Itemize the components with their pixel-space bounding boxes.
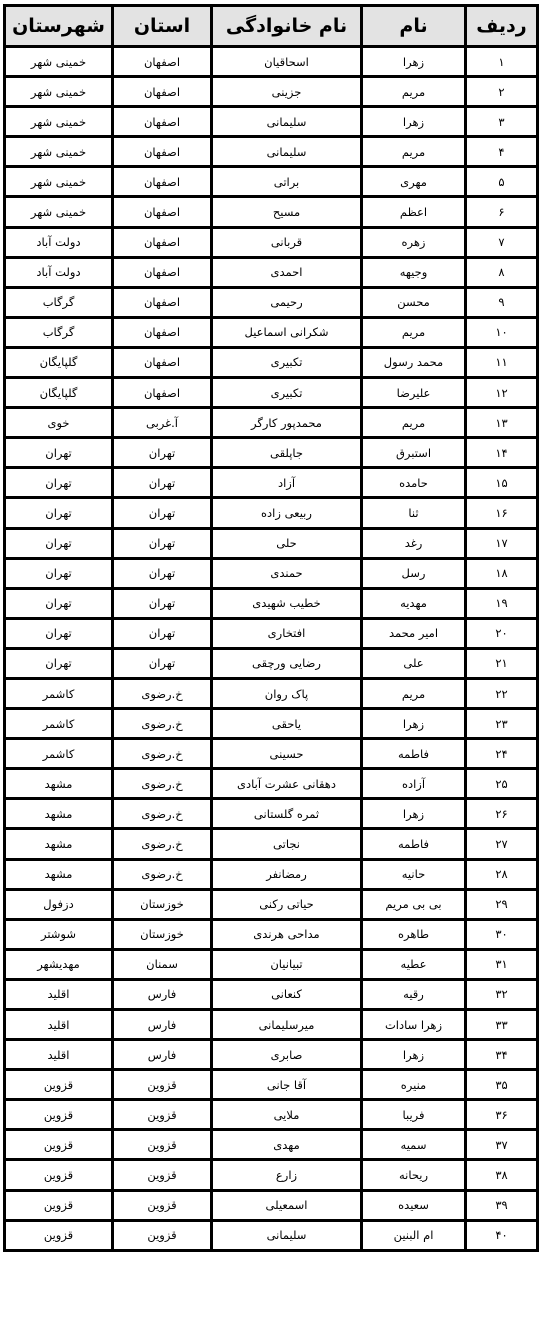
cell-province: تهران xyxy=(113,438,212,468)
cell-first-name: علی xyxy=(362,648,466,678)
table-row: ۸وجیههاحمدیاصفهاندولت آباد xyxy=(5,257,538,287)
cell-first-name: حانیه xyxy=(362,859,466,889)
cell-first-name: امیر محمد xyxy=(362,618,466,648)
table-row: ۲۲مریمپاک روانخ.رضویکاشمر xyxy=(5,678,538,708)
cell-first-name: فریبا xyxy=(362,1100,466,1130)
cell-last-name: حسینی xyxy=(212,739,362,769)
cell-index: ۱ xyxy=(466,47,538,77)
table-row: ۱۰مریمشکرانی اسماعیلاصفهانگرگاب xyxy=(5,317,538,347)
cell-province: خوزستان xyxy=(113,919,212,949)
cell-city: تهران xyxy=(5,438,113,468)
cell-index: ۴ xyxy=(466,137,538,167)
table-row: ۳۸ریحانهزارعقزوینقزوین xyxy=(5,1160,538,1190)
table-row: ۷زهرهقربانیاصفهاندولت آباد xyxy=(5,227,538,257)
cell-index: ۵ xyxy=(466,167,538,197)
cell-city: مهدیشهر xyxy=(5,949,113,979)
cell-index: ۱۵ xyxy=(466,468,538,498)
cell-last-name: محمدپور کارگر xyxy=(212,408,362,438)
cell-index: ۳۴ xyxy=(466,1040,538,1070)
cell-first-name: اعظم xyxy=(362,197,466,227)
cell-last-name: اسحاقیان xyxy=(212,47,362,77)
cell-first-name: زهرا xyxy=(362,47,466,77)
cell-index: ۲۲ xyxy=(466,678,538,708)
cell-last-name: ملایی xyxy=(212,1100,362,1130)
cell-index: ۱۶ xyxy=(466,498,538,528)
table-row: ۳۹سعیدهاسمعیلیقزوینقزوین xyxy=(5,1190,538,1220)
cell-city: خوی xyxy=(5,408,113,438)
cell-province: اصفهان xyxy=(113,167,212,197)
table-row: ۳۲رقیهکنعانیفارساقلید xyxy=(5,979,538,1009)
cell-province: سمنان xyxy=(113,949,212,979)
cell-last-name: سلیمانی xyxy=(212,137,362,167)
cell-province: اصفهان xyxy=(113,378,212,408)
cell-last-name: صابری xyxy=(212,1040,362,1070)
cell-city: مشهد xyxy=(5,799,113,829)
cell-last-name: جاپلقی xyxy=(212,438,362,468)
cell-province: تهران xyxy=(113,468,212,498)
header-first-name: نام xyxy=(362,6,466,47)
table-row: ۳زهراسلیمانیاصفهانخمینی شهر xyxy=(5,107,538,137)
cell-province: قزوین xyxy=(113,1160,212,1190)
cell-index: ۳۱ xyxy=(466,949,538,979)
cell-last-name: آقا جانی xyxy=(212,1070,362,1100)
cell-first-name: رقیه xyxy=(362,979,466,1009)
cell-city: خمینی شهر xyxy=(5,167,113,197)
table-row: ۲۱علیرضایی ورچقیتهرانتهران xyxy=(5,648,538,678)
cell-index: ۱۹ xyxy=(466,588,538,618)
cell-last-name: آزاد xyxy=(212,468,362,498)
cell-first-name: آزاده xyxy=(362,769,466,799)
cell-index: ۲ xyxy=(466,77,538,107)
cell-province: تهران xyxy=(113,618,212,648)
cell-first-name: محسن xyxy=(362,287,466,317)
cell-last-name: میرسلیمانی xyxy=(212,1010,362,1040)
table-row: ۳۳زهرا ساداتمیرسلیمانیفارساقلید xyxy=(5,1010,538,1040)
table-row: ۳۶فریباملاییقزوینقزوین xyxy=(5,1100,538,1130)
cell-city: قزوین xyxy=(5,1100,113,1130)
cell-first-name: وجیهه xyxy=(362,257,466,287)
table-row: ۱زهرااسحاقیاناصفهانخمینی شهر xyxy=(5,47,538,77)
cell-city: گلپایگان xyxy=(5,347,113,377)
cell-province: تهران xyxy=(113,648,212,678)
table-row: ۵مهریبراتیاصفهانخمینی شهر xyxy=(5,167,538,197)
cell-last-name: تبیانیان xyxy=(212,949,362,979)
cell-last-name: تکبیری xyxy=(212,378,362,408)
cell-last-name: تکبیری xyxy=(212,347,362,377)
cell-index: ۹ xyxy=(466,287,538,317)
cell-index: ۶ xyxy=(466,197,538,227)
cell-first-name: سمیه xyxy=(362,1130,466,1160)
cell-province: اصفهان xyxy=(113,347,212,377)
table-row: ۱۹مهدیهخطیب شهیدیتهرانتهران xyxy=(5,588,538,618)
cell-index: ۱۴ xyxy=(466,438,538,468)
cell-index: ۱۲ xyxy=(466,378,538,408)
cell-last-name: رحیمی xyxy=(212,287,362,317)
cell-province: فارس xyxy=(113,1010,212,1040)
cell-index: ۳ xyxy=(466,107,538,137)
cell-first-name: زهرا سادات xyxy=(362,1010,466,1040)
cell-city: قزوین xyxy=(5,1070,113,1100)
cell-index: ۲۴ xyxy=(466,739,538,769)
cell-province: خ.رضوی xyxy=(113,769,212,799)
cell-index: ۲۸ xyxy=(466,859,538,889)
cell-last-name: خطیب شهیدی xyxy=(212,588,362,618)
cell-first-name: مریم xyxy=(362,678,466,708)
cell-province: اصفهان xyxy=(113,317,212,347)
cell-first-name: زهرا xyxy=(362,1040,466,1070)
cell-index: ۲۱ xyxy=(466,648,538,678)
cell-city: کاشمر xyxy=(5,709,113,739)
cell-last-name: رمضانفر xyxy=(212,859,362,889)
cell-city: شوشتر xyxy=(5,919,113,949)
cell-city: دولت آباد xyxy=(5,257,113,287)
cell-province: خ.رضوی xyxy=(113,678,212,708)
header-last-name: نام خانوادگی xyxy=(212,6,362,47)
cell-city: اقلید xyxy=(5,979,113,1009)
table-row: ۱۴استبرقجاپلقیتهرانتهران xyxy=(5,438,538,468)
cell-index: ۳۶ xyxy=(466,1100,538,1130)
cell-province: خ.رضوی xyxy=(113,739,212,769)
cell-province: خ.رضوی xyxy=(113,799,212,829)
cell-province: اصفهان xyxy=(113,107,212,137)
cell-index: ۸ xyxy=(466,257,538,287)
cell-city: تهران xyxy=(5,498,113,528)
cell-last-name: شکرانی اسماعیل xyxy=(212,317,362,347)
header-row: ردیف نام نام خانوادگی استان شهرستان xyxy=(5,6,538,47)
cell-province: اصفهان xyxy=(113,197,212,227)
cell-first-name: زهره xyxy=(362,227,466,257)
cell-city: قزوین xyxy=(5,1130,113,1160)
cell-first-name: مریم xyxy=(362,77,466,107)
cell-index: ۳۷ xyxy=(466,1130,538,1160)
cell-first-name: علیرضا xyxy=(362,378,466,408)
cell-index: ۲۵ xyxy=(466,769,538,799)
cell-city: تهران xyxy=(5,588,113,618)
table-row: ۱۸رسلحمندیتهرانتهران xyxy=(5,558,538,588)
cell-first-name: مریم xyxy=(362,137,466,167)
cell-last-name: یاحقی xyxy=(212,709,362,739)
cell-last-name: احمدی xyxy=(212,257,362,287)
cell-index: ۷ xyxy=(466,227,538,257)
cell-first-name: زهرا xyxy=(362,107,466,137)
cell-last-name: حیاتی رکنی xyxy=(212,889,362,919)
table-row: ۳۰طاهرهمداحی هرندیخوزستانشوشتر xyxy=(5,919,538,949)
cell-province: قزوین xyxy=(113,1220,212,1250)
cell-last-name: مهدی xyxy=(212,1130,362,1160)
cell-index: ۱۷ xyxy=(466,528,538,558)
cell-last-name: پاک روان xyxy=(212,678,362,708)
cell-index: ۲۶ xyxy=(466,799,538,829)
cell-city: دزفول xyxy=(5,889,113,919)
cell-last-name: مداحی هرندی xyxy=(212,919,362,949)
cell-city: قزوین xyxy=(5,1190,113,1220)
cell-city: خمینی شهر xyxy=(5,77,113,107)
cell-last-name: حمندی xyxy=(212,558,362,588)
cell-last-name: اسمعیلی xyxy=(212,1190,362,1220)
cell-last-name: مسیح xyxy=(212,197,362,227)
table-row: ۲۵آزادهدهقانی عشرت آبادیخ.رضویمشهد xyxy=(5,769,538,799)
cell-last-name: حلی xyxy=(212,528,362,558)
cell-province: خ.رضوی xyxy=(113,859,212,889)
cell-index: ۱۳ xyxy=(466,408,538,438)
table-row: ۶اعظممسیحاصفهانخمینی شهر xyxy=(5,197,538,227)
cell-index: ۳۹ xyxy=(466,1190,538,1220)
cell-city: تهران xyxy=(5,528,113,558)
table-row: ۲مریمجزینیاصفهانخمینی شهر xyxy=(5,77,538,107)
cell-last-name: سلیمانی xyxy=(212,107,362,137)
cell-index: ۱۸ xyxy=(466,558,538,588)
table-row: ۲۳زهرایاحقیخ.رضویکاشمر xyxy=(5,709,538,739)
cell-city: قزوین xyxy=(5,1220,113,1250)
cell-city: تهران xyxy=(5,618,113,648)
cell-province: تهران xyxy=(113,498,212,528)
cell-first-name: حامده xyxy=(362,468,466,498)
header-city: شهرستان xyxy=(5,6,113,47)
cell-last-name: براتی xyxy=(212,167,362,197)
cell-first-name: زهرا xyxy=(362,799,466,829)
header-index: ردیف xyxy=(466,6,538,47)
cell-city: گرگاب xyxy=(5,317,113,347)
cell-first-name: استبرق xyxy=(362,438,466,468)
cell-city: مشهد xyxy=(5,769,113,799)
table-row: ۲۹بی بی مریمحیاتی رکنیخوزستاندزفول xyxy=(5,889,538,919)
table-row: ۲۸حانیهرمضانفرخ.رضویمشهد xyxy=(5,859,538,889)
cell-first-name: ریحانه xyxy=(362,1160,466,1190)
cell-province: تهران xyxy=(113,558,212,588)
cell-province: خوزستان xyxy=(113,889,212,919)
cell-first-name: محمد رسول xyxy=(362,347,466,377)
cell-last-name: رضایی ورچقی xyxy=(212,648,362,678)
table-row: ۳۷سمیهمهدیقزوینقزوین xyxy=(5,1130,538,1160)
table-row: ۱۵حامدهآزادتهرانتهران xyxy=(5,468,538,498)
cell-city: کاشمر xyxy=(5,678,113,708)
cell-last-name: ثمره گلستانی xyxy=(212,799,362,829)
cell-last-name: جزینی xyxy=(212,77,362,107)
cell-province: قزوین xyxy=(113,1130,212,1160)
cell-first-name: ثنا xyxy=(362,498,466,528)
cell-index: ۱۱ xyxy=(466,347,538,377)
cell-province: آ.غربی xyxy=(113,408,212,438)
cell-province: اصفهان xyxy=(113,47,212,77)
cell-city: گرگاب xyxy=(5,287,113,317)
cell-last-name: افتخاری xyxy=(212,618,362,648)
cell-province: اصفهان xyxy=(113,137,212,167)
cell-province: قزوین xyxy=(113,1070,212,1100)
cell-index: ۳۵ xyxy=(466,1070,538,1100)
cell-city: دولت آباد xyxy=(5,227,113,257)
cell-province: اصفهان xyxy=(113,227,212,257)
cell-first-name: زهرا xyxy=(362,709,466,739)
table-row: ۲۷فاطمهنجاتیخ.رضویمشهد xyxy=(5,829,538,859)
table-row: ۳۱عطیهتبیانیانسمنانمهدیشهر xyxy=(5,949,538,979)
cell-index: ۲۹ xyxy=(466,889,538,919)
cell-index: ۳۰ xyxy=(466,919,538,949)
cell-city: اقلید xyxy=(5,1010,113,1040)
cell-city: تهران xyxy=(5,558,113,588)
cell-province: اصفهان xyxy=(113,257,212,287)
cell-first-name: مریم xyxy=(362,317,466,347)
cell-province: اصفهان xyxy=(113,287,212,317)
cell-first-name: ام البنین xyxy=(362,1220,466,1250)
table-row: ۱۷رغدحلیتهرانتهران xyxy=(5,528,538,558)
table-row: ۲۶زهراثمره گلستانیخ.رضویمشهد xyxy=(5,799,538,829)
cell-city: مشهد xyxy=(5,859,113,889)
cell-city: خمینی شهر xyxy=(5,47,113,77)
cell-index: ۲۷ xyxy=(466,829,538,859)
cell-first-name: طاهره xyxy=(362,919,466,949)
cell-first-name: سعیده xyxy=(362,1190,466,1220)
cell-province: تهران xyxy=(113,528,212,558)
cell-province: اصفهان xyxy=(113,77,212,107)
cell-first-name: بی بی مریم xyxy=(362,889,466,919)
cell-last-name: زارع xyxy=(212,1160,362,1190)
table-body: ۱زهرااسحاقیاناصفهانخمینی شهر۲مریمجزینیاص… xyxy=(5,47,538,1251)
cell-province: خ.رضوی xyxy=(113,829,212,859)
cell-index: ۱۰ xyxy=(466,317,538,347)
cell-province: قزوین xyxy=(113,1190,212,1220)
cell-province: خ.رضوی xyxy=(113,709,212,739)
cell-city: گلپایگان xyxy=(5,378,113,408)
cell-first-name: عطیه xyxy=(362,949,466,979)
cell-first-name: منیره xyxy=(362,1070,466,1100)
cell-province: قزوین xyxy=(113,1100,212,1130)
cell-city: قزوین xyxy=(5,1160,113,1190)
cell-last-name: دهقانی عشرت آبادی xyxy=(212,769,362,799)
cell-first-name: رغد xyxy=(362,528,466,558)
table-row: ۴۰ام البنینسلیمانیقزوینقزوین xyxy=(5,1220,538,1250)
table-row: ۳۵منیرهآقا جانیقزوینقزوین xyxy=(5,1070,538,1100)
cell-last-name: ربیعی زاده xyxy=(212,498,362,528)
table-row: ۹محسنرحیمیاصفهانگرگاب xyxy=(5,287,538,317)
cell-first-name: فاطمه xyxy=(362,739,466,769)
table-row: ۱۳مریممحمدپور کارگرآ.غربیخوی xyxy=(5,408,538,438)
cell-first-name: مریم xyxy=(362,408,466,438)
cell-last-name: کنعانی xyxy=(212,979,362,1009)
header-province: استان xyxy=(113,6,212,47)
cell-first-name: رسل xyxy=(362,558,466,588)
cell-index: ۲۳ xyxy=(466,709,538,739)
cell-index: ۳۸ xyxy=(466,1160,538,1190)
cell-city: تهران xyxy=(5,648,113,678)
cell-last-name: قربانی xyxy=(212,227,362,257)
cell-index: ۳۲ xyxy=(466,979,538,1009)
table-row: ۲۰امیر محمدافتخاریتهرانتهران xyxy=(5,618,538,648)
cell-index: ۲۰ xyxy=(466,618,538,648)
participants-table: ردیف نام نام خانوادگی استان شهرستان ۱زهر… xyxy=(3,4,539,1252)
cell-city: خمینی شهر xyxy=(5,197,113,227)
cell-city: تهران xyxy=(5,468,113,498)
cell-first-name: مهری xyxy=(362,167,466,197)
cell-province: تهران xyxy=(113,588,212,618)
table-row: ۱۶ثناربیعی زادهتهرانتهران xyxy=(5,498,538,528)
cell-province: فارس xyxy=(113,979,212,1009)
cell-first-name: مهدیه xyxy=(362,588,466,618)
table-row: ۱۱محمد رسولتکبیریاصفهانگلپایگان xyxy=(5,347,538,377)
cell-last-name: نجاتی xyxy=(212,829,362,859)
table-row: ۳۴زهراصابریفارساقلید xyxy=(5,1040,538,1070)
cell-city: خمینی شهر xyxy=(5,107,113,137)
table-row: ۱۲علیرضاتکبیریاصفهانگلپایگان xyxy=(5,378,538,408)
cell-province: فارس xyxy=(113,1040,212,1070)
cell-last-name: سلیمانی xyxy=(212,1220,362,1250)
cell-first-name: فاطمه xyxy=(362,829,466,859)
table-row: ۲۴فاطمهحسینیخ.رضویکاشمر xyxy=(5,739,538,769)
cell-index: ۳۳ xyxy=(466,1010,538,1040)
cell-city: کاشمر xyxy=(5,739,113,769)
table-row: ۴مریمسلیمانیاصفهانخمینی شهر xyxy=(5,137,538,167)
cell-city: مشهد xyxy=(5,829,113,859)
cell-city: خمینی شهر xyxy=(5,137,113,167)
cell-city: اقلید xyxy=(5,1040,113,1070)
cell-index: ۴۰ xyxy=(466,1220,538,1250)
